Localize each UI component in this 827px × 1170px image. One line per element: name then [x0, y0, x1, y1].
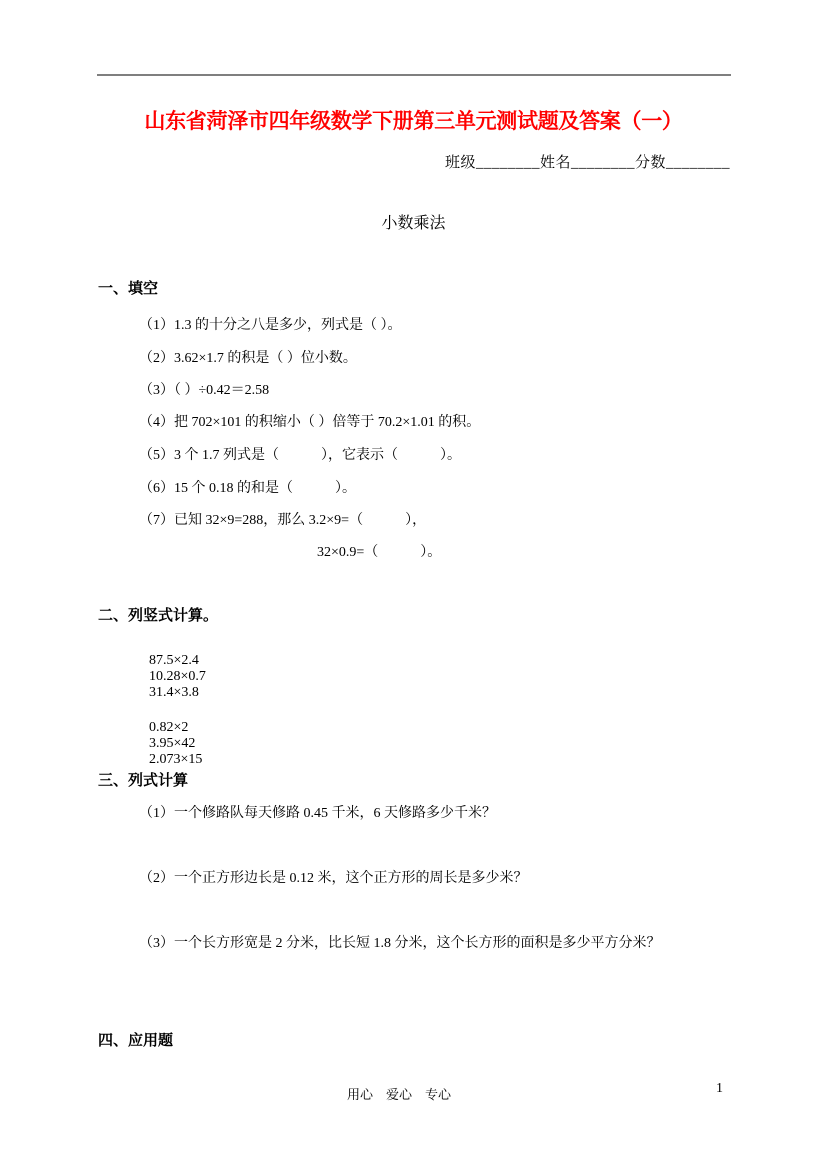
- page-number: 1: [716, 1081, 723, 1097]
- document-page: 山东省菏泽市四年级数学下册第三单元测试题及答案（一） 班级________姓名_…: [0, 0, 827, 1170]
- subtitle-topic: 小数乘法: [0, 210, 827, 233]
- fill-in-question-6: （6）15 个 0.18 的和是（ ）。: [139, 477, 356, 497]
- calc-problem-2: 10.28×0.7: [149, 669, 255, 685]
- expression-question-3: （3）一个长方形宽是 2 分米，比长短 1.8 分米，这个长方形的面积是多少平方…: [139, 932, 661, 952]
- section-heading-application: 四、应用题: [98, 1029, 173, 1050]
- calc-problem-4: 0.82×2: [149, 720, 259, 736]
- student-info-fields: 班级________姓名________分数________: [0, 151, 730, 172]
- calc-problem-3: 31.4×3.8: [149, 685, 199, 701]
- fill-in-question-4: （4）把 702×101 的积缩小（ ）倍等于 70.2×1.01 的积。: [139, 411, 480, 431]
- expression-question-1: （1）一个修路队每天修路 0.45 千米，6 天修路多少千米？: [139, 802, 496, 822]
- fill-in-question-7-continuation: 32×0.9=（ ）。: [317, 541, 441, 561]
- fill-in-question-2: （2）3.62×1.7 的积是（ ）位小数。: [139, 347, 357, 367]
- calc-problem-6: 2.073×15: [149, 752, 202, 768]
- expression-question-2: （2）一个正方形边长是 0.12 米，这个正方形的周长是多少米？: [139, 867, 528, 887]
- calc-problem-5: 3.95×42: [149, 736, 247, 752]
- footer-motto: 用心 爱心 专心: [347, 1084, 451, 1103]
- fill-in-question-3: （3）（ ）÷0.42＝2.58: [139, 379, 269, 399]
- fill-in-question-7: （7）已知 32×9=288，那么 3.2×9=（ ），: [139, 509, 426, 529]
- header-rule: [97, 74, 731, 76]
- section-heading-vertical-calc: 二、列竖式计算。: [98, 604, 218, 625]
- fill-in-question-5: （5）3 个 1.7 列式是（ ），它表示（ ）。: [139, 444, 461, 464]
- calc-problem-1: 87.5×2.4: [149, 653, 251, 669]
- section-heading-expression-calc: 三、列式计算: [98, 769, 188, 790]
- section-heading-fill-in: 一、填空: [98, 277, 158, 298]
- page-title: 山东省菏泽市四年级数学下册第三单元测试题及答案（一）: [0, 105, 827, 135]
- fill-in-question-1: （1）1.3 的十分之八是多少，列式是（ ）。: [139, 314, 402, 334]
